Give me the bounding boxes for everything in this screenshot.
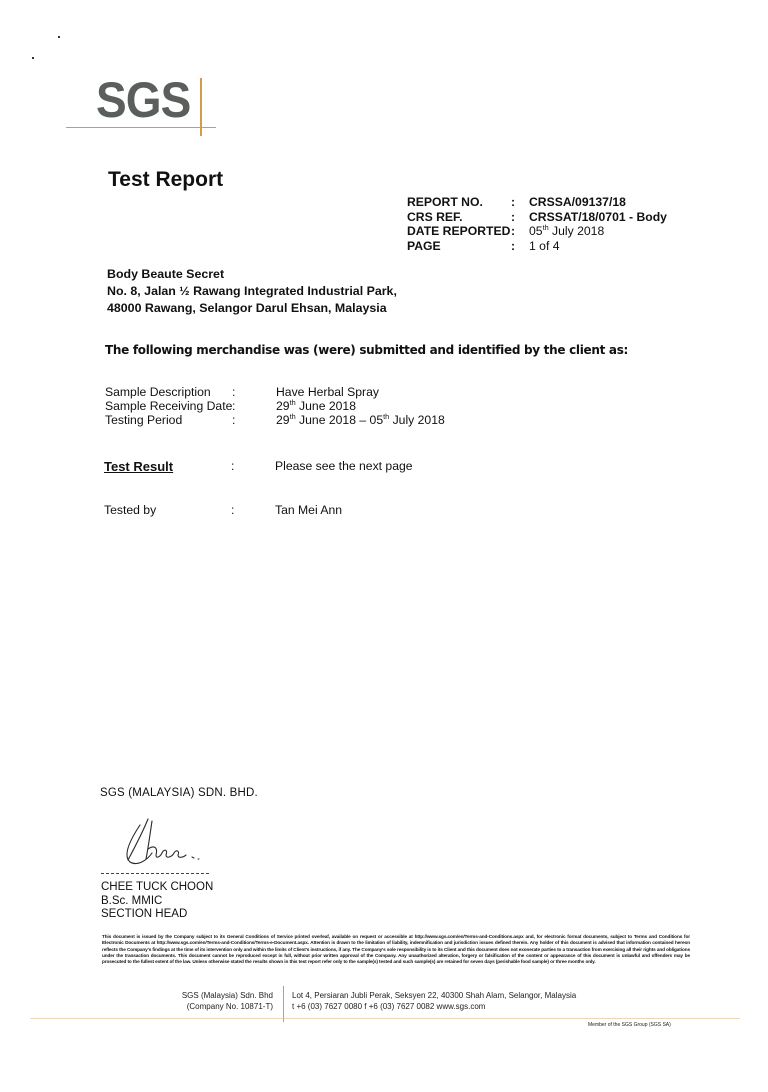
client-address-block: Body Beaute Secret No. 8, Jalan ½ Rawang…	[107, 266, 397, 317]
logo-text: SGS	[96, 72, 190, 128]
document-title: Test Report	[108, 168, 223, 192]
scan-speck	[32, 57, 34, 59]
sample-value: 29th June 2018	[276, 399, 356, 413]
sample-row: Sample Receiving Date:29th June 2018	[105, 399, 445, 413]
report-meta-row: DATE REPORTED:05th July 2018	[407, 224, 667, 239]
footer-contact: Lot 4, Persiaran Jubli Perak, Seksyen 22…	[292, 990, 576, 1012]
report-meta: REPORT NO.:CRSSA/09137/18CRS REF.:CRSSAT…	[407, 195, 667, 253]
meta-value: 05th July 2018	[529, 224, 604, 239]
sample-value: Have Herbal Spray	[276, 385, 379, 399]
meta-label: CRS REF.	[407, 210, 511, 225]
separator: :	[511, 210, 529, 225]
signatory-block: CHEE TUCK CHOON B.Sc. MMIC SECTION HEAD	[101, 881, 213, 922]
tested-by-label: Tested by	[104, 503, 231, 517]
separator: :	[511, 195, 529, 210]
issuing-company: SGS (MALAYSIA) SDN. BHD.	[100, 787, 258, 799]
scan-speck	[58, 36, 60, 38]
separator: :	[231, 459, 275, 474]
logo-rule-horizontal	[66, 127, 216, 128]
signatory-name: CHEE TUCK CHOON	[101, 881, 213, 895]
sample-label: Sample Description	[105, 385, 232, 399]
sample-label: Sample Receiving Date	[105, 399, 232, 413]
client-address-line2: 48000 Rawang, Selangor Darul Ehsan, Mala…	[107, 300, 397, 317]
footer-company: SGS (Malaysia) Sdn. Bhd (Company No. 108…	[170, 990, 273, 1012]
signatory-qualification: B.Sc. MMIC	[101, 895, 213, 909]
separator: :	[511, 224, 529, 239]
test-result-label: Test Result	[104, 459, 231, 474]
signature-line	[101, 873, 209, 874]
separator: :	[232, 385, 276, 399]
test-result-value: Please see the next page	[275, 459, 413, 474]
meta-label: DATE REPORTED	[407, 224, 511, 239]
footer-phone-web: t +6 (03) 7627 0080 f +6 (03) 7627 0082 …	[292, 1001, 576, 1012]
report-meta-row: PAGE:1 of 4	[407, 239, 667, 254]
sample-label: Testing Period	[105, 413, 232, 427]
client-name: Body Beaute Secret	[107, 266, 397, 283]
meta-value: 1 of 4	[529, 239, 560, 254]
tested-by-row: Tested by : Tan Mei Ann	[104, 503, 342, 517]
footer-divider	[283, 986, 284, 1022]
separator: :	[231, 503, 275, 517]
footer-company-name: SGS (Malaysia) Sdn. Bhd	[170, 990, 273, 1001]
sample-row: Testing Period:29th June 2018 – 05th Jul…	[105, 413, 445, 427]
meta-value: CRSSAT/18/0701 - Body	[529, 210, 667, 225]
separator: :	[232, 413, 276, 427]
meta-label: REPORT NO.	[407, 195, 511, 210]
signatory-position: SECTION HEAD	[101, 908, 213, 922]
sgs-logo: SGS	[66, 72, 226, 136]
separator: :	[232, 399, 276, 413]
test-result-row: Test Result : Please see the next page	[104, 459, 413, 474]
sample-details: Sample Description:Have Herbal SpraySamp…	[105, 385, 445, 427]
client-address-line1: No. 8, Jalan ½ Rawang Integrated Industr…	[107, 283, 397, 300]
legal-disclaimer: This document is issued by the Company s…	[102, 934, 690, 965]
sample-row: Sample Description:Have Herbal Spray	[105, 385, 445, 399]
logo-rule-vertical	[200, 78, 202, 136]
sample-value: 29th June 2018 – 05th July 2018	[276, 413, 445, 427]
footer-company-no: (Company No. 10871-T)	[170, 1001, 273, 1012]
meta-label: PAGE	[407, 239, 511, 254]
intro-statement: The following merchandise was (were) sub…	[105, 343, 628, 357]
footer-address: Lot 4, Persiaran Jubli Perak, Seksyen 22…	[292, 990, 576, 1001]
signature	[118, 815, 208, 870]
meta-value: CRSSA/09137/18	[529, 195, 626, 210]
report-meta-row: REPORT NO.:CRSSA/09137/18	[407, 195, 667, 210]
footer-rule	[30, 1018, 740, 1019]
member-note: Member of the SGS Group (SGS SA)	[588, 1022, 671, 1028]
tested-by-value: Tan Mei Ann	[275, 503, 342, 517]
separator: :	[511, 239, 529, 254]
report-meta-row: CRS REF.:CRSSAT/18/0701 - Body	[407, 210, 667, 225]
